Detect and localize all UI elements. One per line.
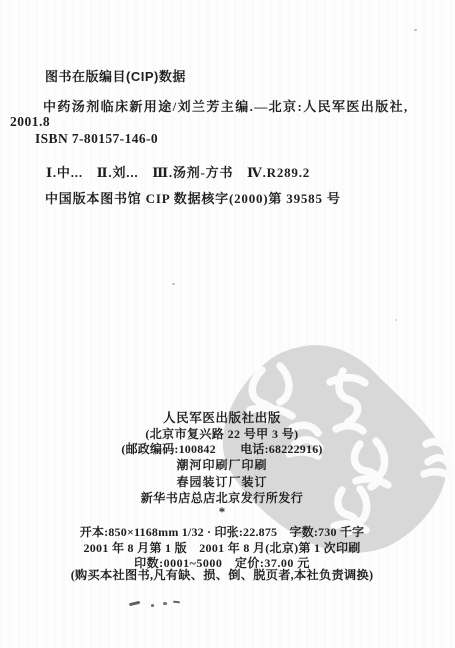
binder-line: 春园装订厂装订 [0, 473, 444, 490]
publisher-line: 人民军医出版社出版 [0, 408, 444, 426]
scan-smudge [151, 604, 154, 607]
scan-speck [414, 29, 417, 31]
scan-smudge [163, 602, 167, 605]
format-spec-line: 开本:850×1168mm 1/32 · 印张:22.875 字数:730 千字 [0, 523, 444, 540]
book-copyright-page: 图书在版编目(CIP)数据 中药汤剂临床新用途/刘兰芳主编.—北京:人民军医出版… [0, 0, 455, 648]
postal-code-and-phone: (邮政编码:100842 电话:68222916) [0, 440, 444, 457]
scan-speck [395, 319, 397, 321]
colophon-block: 人民军医出版社出版 (北京市复兴路 22 号甲 3 号) (邮政编码:10084… [0, 0, 444, 648]
asterisk-separator: * [0, 504, 444, 520]
exchange-notice-line: (购买本社图书,凡有缺、损、倒、脱页者,本社负责调换) [0, 566, 444, 583]
printer-line: 潮河印刷厂印刷 [0, 456, 444, 473]
scan-speck [172, 283, 175, 285]
